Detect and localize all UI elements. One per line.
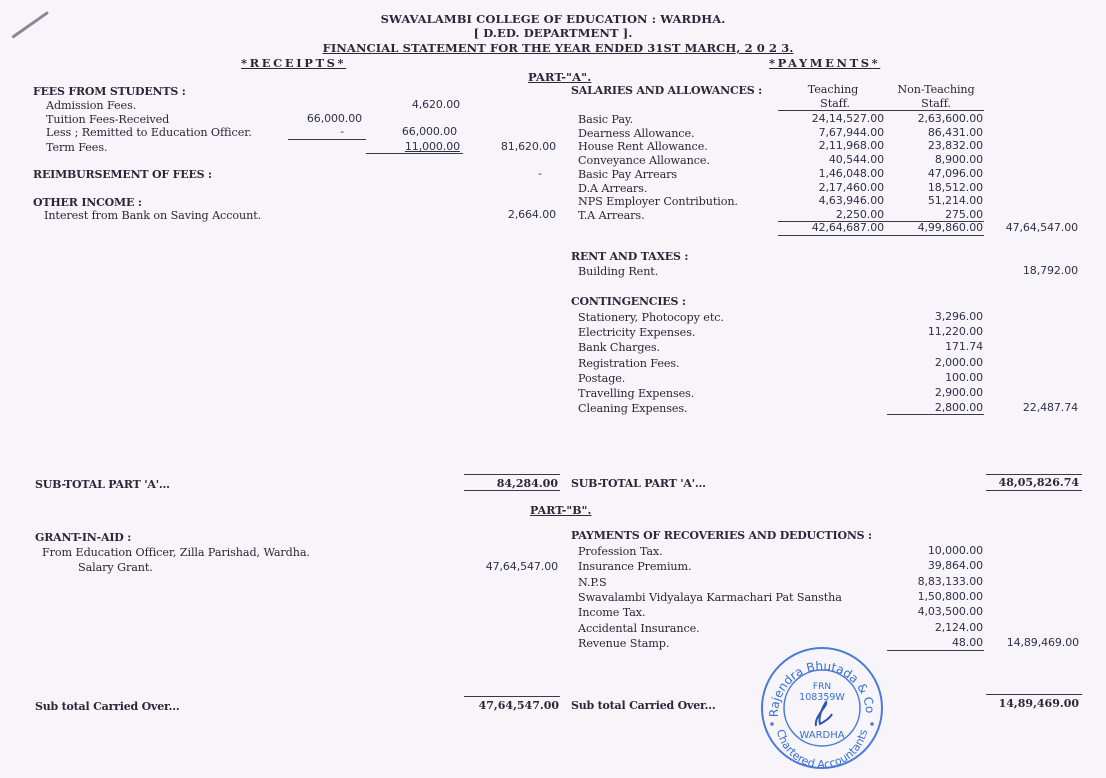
salary-grant-label: Salary Grant.: [78, 561, 153, 574]
contingency-item-label: Bank Charges.: [578, 341, 660, 354]
svg-text:WARDHA: WARDHA: [799, 730, 844, 741]
contingency-item-value: 171.74: [884, 340, 983, 353]
contingency-item-label: Cleaning Expenses.: [578, 402, 687, 415]
contingency-item-label: Electricity Expenses.: [578, 326, 695, 339]
salary-item-label: House Rent Allowance.: [578, 140, 708, 153]
teaching-col-header: Teaching: [790, 83, 876, 96]
contingency-item-value: 2,800.00: [884, 401, 983, 414]
other-income-heading: OTHER INCOME :: [33, 196, 142, 209]
college-title: SWAVALAMBI COLLEGE OF EDUCATION : WARDHA…: [0, 12, 1106, 26]
svg-text:108359W: 108359W: [799, 692, 845, 703]
contingency-item-value: 100.00: [884, 371, 983, 384]
payments-carried-label: Sub total Carried Over...: [571, 699, 716, 712]
recovery-item-value: 8,83,133.00: [884, 575, 983, 588]
teaching-col-header-2: Staff.: [792, 97, 878, 110]
payments-carried-value: 14,89,469.00: [978, 697, 1079, 710]
interest-label: Interest from Bank on Saving Account.: [44, 209, 261, 222]
salary-item-label: D.A Arrears.: [578, 182, 647, 195]
building-rent-value: 18,792.00: [978, 264, 1078, 277]
contingency-item-value: 2,000.00: [884, 356, 983, 369]
contingency-item-label: Registration Fees.: [578, 357, 680, 370]
financial-statement-page: SWAVALAMBI COLLEGE OF EDUCATION : WARDHA…: [0, 0, 1106, 778]
recovery-item-value: 48.00: [884, 636, 983, 649]
grant-in-aid-heading: GRANT-IN-AID :: [35, 531, 131, 544]
nonteaching-col-header: Non-Teaching: [890, 83, 982, 96]
salary-item-nonteaching: 18,512.00: [884, 181, 983, 194]
rule: [464, 696, 560, 697]
salary-item-teaching: 7,67,944.00: [784, 126, 884, 139]
salary-item-teaching: 2,11,968.00: [784, 139, 884, 152]
fees-total-value: 81,620.00: [456, 140, 556, 153]
recovery-item-label: Income Tax.: [578, 606, 645, 619]
recoveries-total: 14,89,469.00: [978, 636, 1079, 649]
salary-item-teaching: 2,17,460.00: [784, 181, 884, 194]
salary-item-teaching: 2,250.00: [784, 208, 884, 221]
recovery-item-label: Revenue Stamp.: [578, 637, 669, 650]
salary-grant-value: 47,64,547.00: [456, 560, 558, 573]
rule: [366, 153, 463, 154]
recovery-item-label: Accidental Insurance.: [578, 622, 700, 635]
less-remitted-value: -: [322, 125, 362, 138]
recovery-item-label: Swavalambi Vidyalaya Karmachari Pat Sans…: [578, 591, 842, 604]
admission-fees-value: 4,620.00: [360, 98, 460, 111]
salary-item-label: Conveyance Allowance.: [578, 154, 710, 167]
salaries-total: 47,64,547.00: [978, 221, 1078, 234]
nonteaching-total: 4,99,860.00: [884, 221, 983, 234]
admission-fees-label: Admission Fees.: [46, 99, 136, 112]
rule: [887, 414, 984, 415]
interest-value: 2,664.00: [456, 208, 556, 221]
tuition-fees-value: 66,000.00: [262, 112, 362, 125]
recovery-item-value: 10,000.00: [884, 544, 983, 557]
tuition-net-value: 66,000.00: [360, 125, 457, 138]
recovery-item-value: 1,50,800.00: [884, 590, 983, 603]
payments-label: *PAYMENTS*: [769, 56, 880, 70]
salary-item-label: Dearness Allowance.: [578, 127, 694, 140]
receipts-label: *RECEIPTS*: [241, 56, 346, 70]
salary-item-nonteaching: 23,832.00: [884, 139, 983, 152]
recovery-item-label: Profession Tax.: [578, 545, 663, 558]
contingency-item-value: 2,900.00: [884, 386, 983, 399]
receipts-subtotal-a-value: 84,284.00: [460, 477, 558, 490]
rule: [288, 139, 366, 140]
reimbursement-value: -: [500, 167, 542, 180]
recovery-item-label: N.P.S: [578, 576, 607, 589]
contingency-item-value: 11,220.00: [884, 325, 983, 338]
rent-taxes-heading: RENT AND TAXES :: [571, 250, 688, 263]
contingencies-heading: CONTINGENCIES :: [571, 295, 686, 308]
svg-text:FRN: FRN: [813, 682, 831, 692]
less-remitted-label: Less ; Remitted to Education Officer.: [46, 126, 252, 139]
grant-from-label: From Education Officer, Zilla Parishad, …: [42, 546, 310, 559]
nonteaching-col-header-2: Staff.: [890, 97, 982, 110]
contingency-item-label: Travelling Expenses.: [578, 387, 694, 400]
rule: [986, 490, 1082, 491]
salary-item-label: Basic Pay.: [578, 113, 633, 126]
salary-item-nonteaching: 51,214.00: [884, 194, 983, 207]
salary-item-nonteaching: 86,431.00: [884, 126, 983, 139]
receipts-carried-value: 47,64,547.00: [460, 699, 559, 712]
auditor-stamp: Rajendra Bhutada & Co. Chartered Account…: [758, 644, 886, 772]
recovery-item-value: 2,124.00: [884, 621, 983, 634]
payments-subtotal-a-value: 48,05,826.74: [978, 476, 1079, 489]
term-fees-label: Term Fees.: [46, 141, 107, 154]
fees-from-students-heading: FEES FROM STUDENTS :: [33, 85, 186, 98]
recoveries-heading: PAYMENTS OF RECOVERIES AND DEDUCTIONS :: [571, 529, 872, 542]
salaries-heading: SALARIES AND ALLOWANCES :: [571, 84, 762, 97]
salary-item-label: NPS Employer Contribution.: [578, 195, 738, 208]
term-fees-value: 11,000.00: [360, 140, 460, 153]
rule: [778, 235, 984, 236]
salary-item-teaching: 4,63,946.00: [784, 194, 884, 207]
salary-item-teaching: 1,46,048.00: [784, 167, 884, 180]
rule: [464, 490, 560, 491]
contingencies-total: 22,487.74: [978, 401, 1078, 414]
salary-item-label: T.A Arrears.: [578, 209, 645, 222]
payments-subtotal-a-label: SUB-TOTAL PART 'A'...: [571, 477, 706, 490]
department-title: [ D.ED. DEPARTMENT ].: [0, 26, 1106, 40]
part-a-heading: PART-"A".: [528, 70, 591, 84]
rule: [986, 694, 1082, 695]
tuition-fees-label: Tuition Fees-Received: [46, 113, 169, 126]
salary-item-label: Basic Pay Arrears: [578, 168, 677, 181]
rule: [887, 650, 984, 651]
recovery-item-label: Insurance Premium.: [578, 560, 692, 573]
building-rent-label: Building Rent.: [578, 265, 658, 278]
recovery-item-value: 4,03,500.00: [884, 605, 983, 618]
salary-item-teaching: 24,14,527.00: [784, 112, 884, 125]
contingency-item-label: Postage.: [578, 372, 625, 385]
salary-item-nonteaching: 8,900.00: [884, 153, 983, 166]
teaching-total: 42,64,687.00: [784, 221, 884, 234]
receipts-carried-label: Sub total Carried Over...: [35, 700, 180, 713]
salary-item-teaching: 40,544.00: [784, 153, 884, 166]
statement-title: FINANCIAL STATEMENT FOR THE YEAR ENDED 3…: [0, 41, 1106, 55]
contingency-item-value: 3,296.00: [884, 310, 983, 323]
reimbursement-heading: REIMBURSEMENT OF FEES :: [33, 168, 212, 181]
salary-item-nonteaching: 2,63,600.00: [884, 112, 983, 125]
part-b-heading: PART-"B".: [530, 504, 591, 517]
contingency-item-label: Stationery, Photocopy etc.: [578, 311, 724, 324]
stamp-seal-icon: Rajendra Bhutada & Co. Chartered Account…: [758, 644, 886, 772]
receipts-subtotal-a-label: SUB-TOTAL PART 'A'...: [35, 478, 170, 491]
salary-item-nonteaching: 47,096.00: [884, 167, 983, 180]
rule: [464, 474, 560, 475]
recovery-item-value: 39,864.00: [884, 559, 983, 572]
salary-item-nonteaching: 275.00: [884, 208, 983, 221]
